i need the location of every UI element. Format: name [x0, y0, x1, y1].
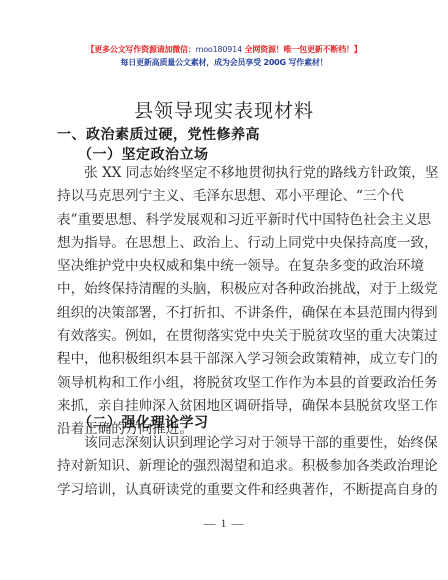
document-page: 【更多公文写作资源请加微信：moo180914 全网资源！唯一包更新不断档！】 …	[0, 0, 448, 580]
promo-banner-wechat-id: moo180914	[196, 45, 242, 54]
paragraph-line: 程中，他积极组织本县干部深入学习领会政策精神，成立专门的	[57, 348, 393, 371]
promo-banner-line-2: 每日更新高质量公文素材，成为会员享受 200G 写作素材！	[0, 57, 448, 68]
paragraph-line: 领导机构和工作小组，将脱贫攻坚工作作为本县的首要政治任务	[57, 372, 393, 395]
paragraph-line: 持对新知识、新理论的强烈渴望和追求。积极参加各类政治理论	[57, 455, 393, 478]
paragraph-line: 持以马克思列宁主义、毛泽东思想、邓小平理论、“三个代	[57, 185, 393, 208]
paragraph-line: 学习培训，认真研读党的重要文件和经典著作，不断提高自身的	[57, 479, 393, 502]
paragraph-line: 张 XX 同志始终坚定不移地贯彻执行党的路线方针政策，坚	[57, 162, 393, 185]
paragraph-line: 有效落实。例如，在贯彻落实党中央关于脱贫攻坚的重大决策过	[57, 325, 393, 348]
document-title: 县领导现实表现材料	[0, 96, 448, 123]
page-number: — 1 —	[0, 516, 448, 531]
promo-banner-suffix: 全网资源！唯一包更新不断档！】	[242, 45, 362, 54]
paragraph-line: 想为指导。在思想上、政治上、行动上同党中央保持高度一致，	[57, 232, 393, 255]
paragraph-line: 坚决维护党中央权威和集中统一领导。在复杂多变的政治环境	[57, 255, 393, 278]
paragraph-line: 该同志深刻认识到理论学习对于领导干部的重要性，始终保	[57, 432, 393, 455]
paragraph-line: 中，始终保持清醒的头脑，积极应对各种政治挑战，对于上级党	[57, 278, 393, 301]
paragraph-theory-study: 该同志深刻认识到理论学习对于领导干部的重要性，始终保 持对新知识、新理论的强烈渴…	[57, 432, 393, 502]
paragraph-line: 组织的决策部署，不打折扣、不讲条件，确保在本县范围内得到	[57, 302, 393, 325]
section-heading: 一、政治素质过硬，党性修养高	[57, 124, 260, 144]
paragraph-line: 表”重要思想、科学发展观和习近平新时代中国特色社会主义思	[57, 209, 393, 232]
promo-banner-line-1: 【更多公文写作资源请加微信：moo180914 全网资源！唯一包更新不断档！】	[0, 44, 448, 55]
promo-banner-prefix: 【更多公文写作资源请加微信：	[86, 45, 195, 54]
subsection-heading: （一）坚定政治立场	[78, 144, 209, 164]
paragraph-political-stance: 张 XX 同志始终坚定不移地贯彻执行党的路线方针政策，坚 持以马克思列宁主义、毛…	[57, 162, 393, 442]
subsection-heading: （二）强化理论学习	[78, 412, 209, 432]
